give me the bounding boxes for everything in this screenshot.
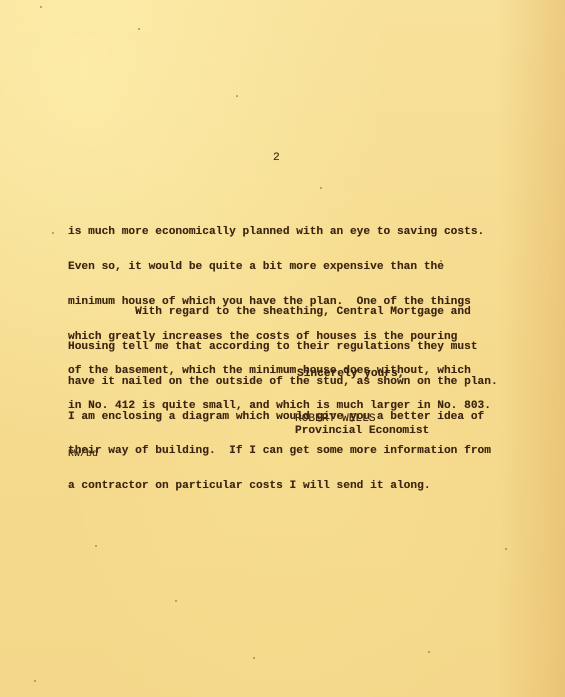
paragraph-line: Housing tell me that according to their … bbox=[68, 342, 498, 354]
paper-speck bbox=[440, 260, 442, 262]
paragraph-line: With regard to the sheathing, Central Mo… bbox=[68, 307, 498, 319]
paper-speck bbox=[52, 232, 54, 234]
paper-speck bbox=[320, 187, 322, 189]
paper-speck bbox=[34, 680, 36, 682]
paragraph-line: their way of building. If I can get some… bbox=[68, 446, 498, 458]
paper-speck bbox=[236, 95, 238, 97]
letter-page: 2 is much more economically planned with… bbox=[0, 0, 565, 697]
paper-speck bbox=[400, 375, 402, 377]
signature-name: ROBERT WELLS bbox=[295, 414, 376, 426]
paragraph-line: have it nailed on the outside of the stu… bbox=[68, 377, 498, 389]
paper-speck bbox=[138, 28, 140, 30]
reference-initials: RW/bd bbox=[68, 449, 98, 461]
paper-speck bbox=[175, 600, 177, 602]
paragraph-line: I am enclosing a diagram which would giv… bbox=[68, 412, 498, 424]
paragraph-line: is much more economically planned with a… bbox=[68, 227, 491, 239]
paper-speck bbox=[428, 651, 430, 653]
paper-speck bbox=[505, 548, 507, 550]
paragraph-line: a contractor on particular costs I will … bbox=[68, 481, 498, 493]
paragraph-2: With regard to the sheathing, Central Mo… bbox=[68, 284, 498, 516]
paper-speck bbox=[40, 6, 42, 8]
closing-salutation: Sincerely yours, bbox=[297, 369, 404, 381]
page-number: 2 bbox=[273, 153, 280, 165]
paragraph-line: Even so, it would be quite a bit more ex… bbox=[68, 262, 491, 274]
paper-speck bbox=[253, 657, 255, 659]
paper-speck bbox=[95, 545, 97, 547]
signature-title: Provincial Economist bbox=[295, 426, 429, 438]
